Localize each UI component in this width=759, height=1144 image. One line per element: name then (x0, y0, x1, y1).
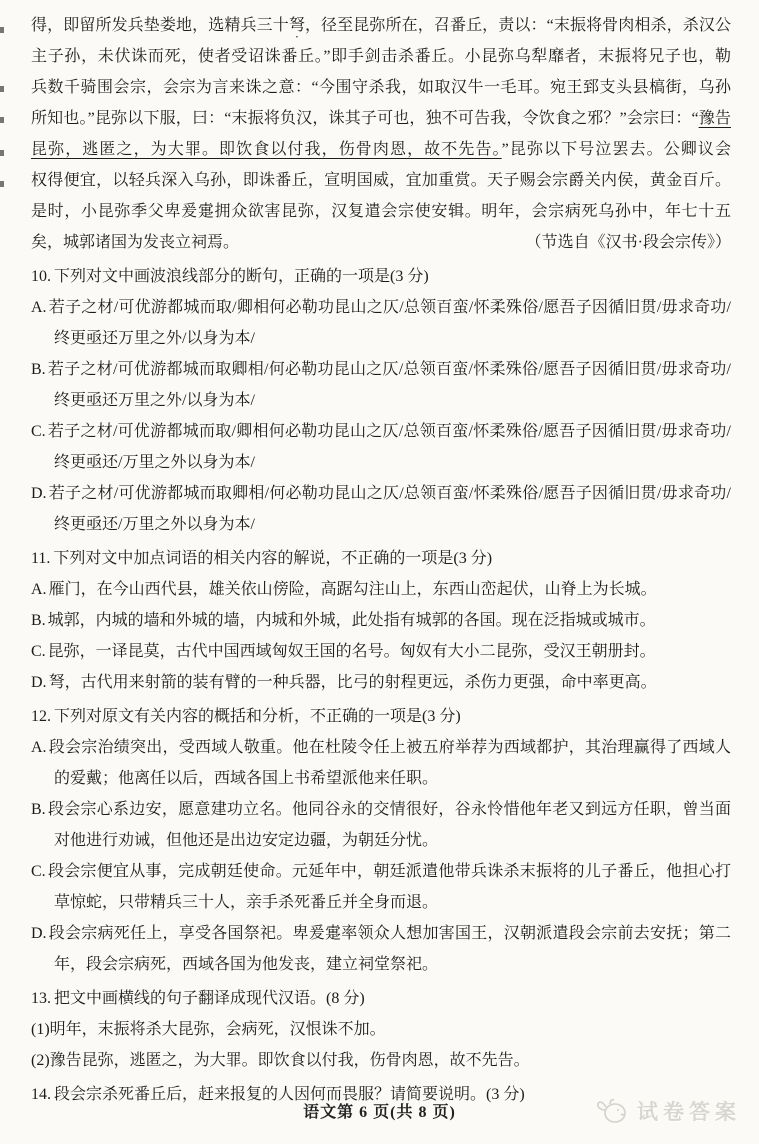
question-11: 11.下列对文中加点词语的相关内容的解说，不正确的一项是(3 分) A.雁门，在… (31, 543, 731, 698)
option-label: B. (31, 801, 46, 818)
question-12: 12.下列对原文有关内容的概括和分析，不正确的一项是(3 分) A.段会宗治绩突… (31, 701, 731, 980)
question-11-option-b: B.城郭，内城的墙和外城的墙，内城和外城，此处指有城郭的各国。现在泛指城或城市。 (31, 605, 731, 636)
sub-question-text: (1)明年，末振将杀大昆弥，会病死，汉恨诛不加。 (31, 1021, 386, 1038)
passage-line: 是时，小昆弥季父卑爰疐拥众欲害昆弥，汉复遣会宗使安辑。明年，会宗病死乌孙中，年七… (31, 196, 731, 227)
option-label: C. (31, 863, 46, 880)
question-10-option-c: C.若子之材/可优游都城而取/卿相何必勒功昆山之仄/总领百蛮/怀柔殊俗/愿吾子因… (31, 416, 731, 478)
question-12-option-d: D.段会宗病死任上，享受各国祭祀。卑爰疐率领众人想加害国王，汉朝派遣段会宗前去安… (31, 918, 731, 980)
question-11-option-c: C.昆弥，一译昆莫，古代中国西域匈奴王国的名号。匈奴有大小二昆弥，受汉王朝册封。 (31, 636, 731, 667)
sub-question-text: (2)豫告昆弥，逃匿之，为大罪。即饮食以付我，伤骨肉恩，故不先告。 (31, 1052, 530, 1069)
question-number: 10. (31, 268, 51, 285)
passage-text: 得，即留所发兵垫娄地，选精兵三十 (31, 17, 289, 34)
page-footer: 语文第 6 页(共 8 页) 试卷答案 (0, 1098, 759, 1128)
passage-line: 矣，城郭诸国为发丧立祠焉。（节选自《汉书·段会宗传》） (31, 227, 731, 258)
underlined-text: 昆弥，逃匿之，为大罪。即饮食以付我，伤骨肉恩，故不先告。 (31, 141, 502, 158)
option-label: B. (31, 612, 46, 629)
passage-text: 权得便宜，以轻兵深入乌孙，即诛番丘，宣明国威，宜加重赏。天子赐会宗爵关内侯，黄金… (31, 172, 731, 189)
option-text: 段会宗心系边安，愿意建功立名。他同谷永的交情很好，谷永怜惜他年老又到远方任职，曾… (48, 801, 731, 849)
question-12-option-c: C.段会宗便宜从事，完成朝廷使命。元延年中，朝廷派遣他带兵诛杀末振将的儿子番丘，… (31, 856, 731, 918)
question-number: 12. (31, 708, 51, 725)
scan-artifact (0, 86, 4, 92)
question-13-stem: 13.把文中画横线的句子翻译成现代汉语。(8 分) (31, 983, 731, 1014)
scan-artifact (0, 27, 4, 33)
passage-text: ”昆弥以下号泣罢去。公卿议会 (502, 141, 731, 158)
option-text: 段会宗治绩突出，受西域人敬重。他在杜陵令任上被五府举荐为西域都护，其治理赢得了西… (49, 739, 731, 787)
passage-text: 是时，小昆弥季父卑爰疐拥众欲害昆弥，汉复遣会宗使安辑。明年，会宗病死乌孙中，年七… (31, 203, 731, 220)
question-10-stem: 10.下列对文中画波浪线部分的断句，正确的一项是(3 分) (31, 261, 731, 292)
passage-line: 权得便宜，以轻兵深入乌孙，即诛番丘，宣明国威，宜加重赏。天子赐会宗爵关内侯，黄金… (31, 165, 731, 196)
option-label: A. (31, 581, 47, 598)
question-11-option-d: D.弩，古代用来射箭的装有臂的一种兵器，比弓的射程更远，杀伤力更强，命中率更高。 (31, 667, 731, 698)
passage-line: 得，即留所发兵垫娄地，选精兵三十弩，径至昆弥所在，召番丘，责以：“末振将骨肉相杀… (31, 10, 731, 41)
question-stem-text: 下列对原文有关内容的概括和分析，不正确的一项是(3 分) (54, 708, 461, 725)
watermark-logo-icon (596, 1097, 630, 1125)
scan-artifact (0, 117, 4, 123)
option-text: 若子之材/可优游都城而取卿相/何必勒功昆山之仄/总领百蛮/怀柔殊俗/愿吾子因循旧… (49, 485, 731, 533)
option-text: 若子之材/可优游都城而取/卿相何必勒功昆山之仄/总领百蛮/怀柔殊俗/愿吾子因循旧… (49, 299, 731, 347)
question-13-sub-1: (1)明年，末振将杀大昆弥，会病死，汉恨诛不加。 (31, 1014, 731, 1045)
question-12-option-a: A.段会宗治绩突出，受西域人敬重。他在杜陵令任上被五府举荐为西域都护，其治理赢得… (31, 732, 731, 794)
question-12-stem: 12.下列对原文有关内容的概括和分析，不正确的一项是(3 分) (31, 701, 731, 732)
watermark-text: 试卷答案 (637, 1096, 741, 1126)
option-label: C. (31, 423, 46, 440)
question-number: 13. (31, 990, 51, 1007)
question-12-option-b: B.段会宗心系边安，愿意建功立名。他同谷永的交情很好，谷永怜惜他年老又到远方任职… (31, 794, 731, 856)
question-11-option-a: A.雁门，在今山西代县，雄关依山傍险，高踞勾注山上，东西山峦起伏，山脊上为长城。 (31, 574, 731, 605)
question-13: 13.把文中画横线的句子翻译成现代汉语。(8 分) (1)明年，末振将杀大昆弥，… (31, 983, 731, 1076)
question-11-stem: 11.下列对文中加点词语的相关内容的解说，不正确的一项是(3 分) (31, 543, 731, 574)
underlined-text: 豫告 (699, 110, 731, 127)
option-text: 若子之材/可优游都城而取卿相/何必勒功昆山之仄/总领百蛮/怀柔殊俗/愿吾子因循旧… (48, 361, 731, 409)
option-label: A. (31, 299, 47, 316)
exam-page: 得，即留所发兵垫娄地，选精兵三十弩，径至昆弥所在，召番丘，责以：“末振将骨肉相杀… (0, 0, 759, 1110)
passage-source: （节选自《汉书·段会宗传》） (526, 227, 731, 258)
option-label: C. (31, 643, 46, 660)
passage-line: 主子孙，未伏诛而死，使者受诏诛番丘。”即手剑击杀番丘。小昆弥乌犁靡者，末振将兄子… (31, 41, 731, 72)
passage-text: 矣，城郭诸国为发丧立祠焉。 (31, 227, 239, 258)
option-text: 若子之材/可优游都城而取/卿相何必勒功昆山之仄/总领百蛮/怀柔殊俗/愿吾子因循旧… (48, 423, 731, 471)
option-label: D. (31, 674, 47, 691)
question-10-option-a: A.若子之材/可优游都城而取/卿相何必勒功昆山之仄/总领百蛮/怀柔殊俗/愿吾子因… (31, 292, 731, 354)
option-text: 段会宗便宜从事，完成朝廷使命。元延年中，朝廷派遣他带兵诛杀末振将的儿子番丘，他担… (48, 863, 731, 911)
watermark: 试卷答案 (596, 1096, 741, 1126)
option-text: 段会宗病死任上，享受各国祭祀。卑爰疐率领众人想加害国王，汉朝派遣段会宗前去安抚；… (49, 925, 731, 973)
question-stem-text: 下列对文中画波浪线部分的断句，正确的一项是(3 分) (54, 268, 429, 285)
option-text: 城郭，内城的墙和外城的墙，内城和外城，此处指有城郭的各国。现在泛指城或城市。 (48, 612, 656, 629)
passage-line: 昆弥，逃匿之，为大罪。即饮食以付我，伤骨肉恩，故不先告。”昆弥以下号泣罢去。公卿… (31, 134, 731, 165)
passage-text: 主子孙，未伏诛而死，使者受诏诛番丘。”即手剑击杀番丘。小昆弥乌犁靡者，末振将兄子… (31, 48, 731, 65)
question-number: 11. (31, 550, 50, 567)
passage-text: 所知也。”昆弥以下服，曰：“末振将负汉，诛其子可也，独不可告我，令饮食之邪？”会… (31, 110, 699, 127)
option-text: 弩，古代用来射箭的装有臂的一种兵器，比弓的射程更远，杀伤力更强，命中率更高。 (49, 674, 657, 691)
question-10-option-b: B.若子之材/可优游都城而取卿相/何必勒功昆山之仄/总领百蛮/怀柔殊俗/愿吾子因… (31, 354, 731, 416)
option-text: 雁门，在今山西代县，雄关依山傍险，高踞勾注山上，东西山峦起伏，山脊上为长城。 (49, 581, 657, 598)
option-text: 昆弥，一译昆莫，古代中国西域匈奴王国的名号。匈奴有大小二昆弥，受汉王朝册封。 (48, 643, 656, 660)
question-stem-text: 把文中画横线的句子翻译成现代汉语。(8 分) (54, 990, 365, 1007)
scan-artifact (0, 181, 4, 187)
passage-line: 兵数千骑围会宗，会宗为言来诛之意：“今围守杀我，如取汉牛一毛耳。宛王郅支头县槁街… (31, 72, 731, 103)
question-10: 10.下列对文中画波浪线部分的断句，正确的一项是(3 分) A.若子之材/可优游… (31, 261, 731, 540)
option-label: D. (31, 485, 47, 502)
option-label: D. (31, 925, 47, 942)
passage-line: 所知也。”昆弥以下服，曰：“末振将负汉，诛其子可也，独不可告我，令饮食之邪？”会… (31, 103, 731, 134)
option-label: B. (31, 361, 46, 378)
scan-artifact (0, 150, 4, 156)
passage-text: 兵数千骑围会宗，会宗为言来诛之意：“今围守杀我，如取汉牛一毛耳。宛王郅支头县槁街… (31, 79, 731, 96)
question-stem-text: 下列对文中加点词语的相关内容的解说，不正确的一项是(3 分) (53, 550, 492, 567)
passage: 得，即留所发兵垫娄地，选精兵三十弩，径至昆弥所在，召番丘，责以：“末振将骨肉相杀… (31, 10, 731, 258)
option-label: A. (31, 739, 47, 756)
question-10-option-d: D.若子之材/可优游都城而取卿相/何必勒功昆山之仄/总领百蛮/怀柔殊俗/愿吾子因… (31, 478, 731, 540)
passage-text: ，径至昆弥所在，召番丘，责以：“末振将骨肉相杀，杀汉公 (305, 17, 731, 34)
emphasis-dotted-char: 弩 (289, 17, 305, 34)
question-13-sub-2: (2)豫告昆弥，逃匿之，为大罪。即饮食以付我，伤骨肉恩，故不先告。 (31, 1045, 731, 1076)
